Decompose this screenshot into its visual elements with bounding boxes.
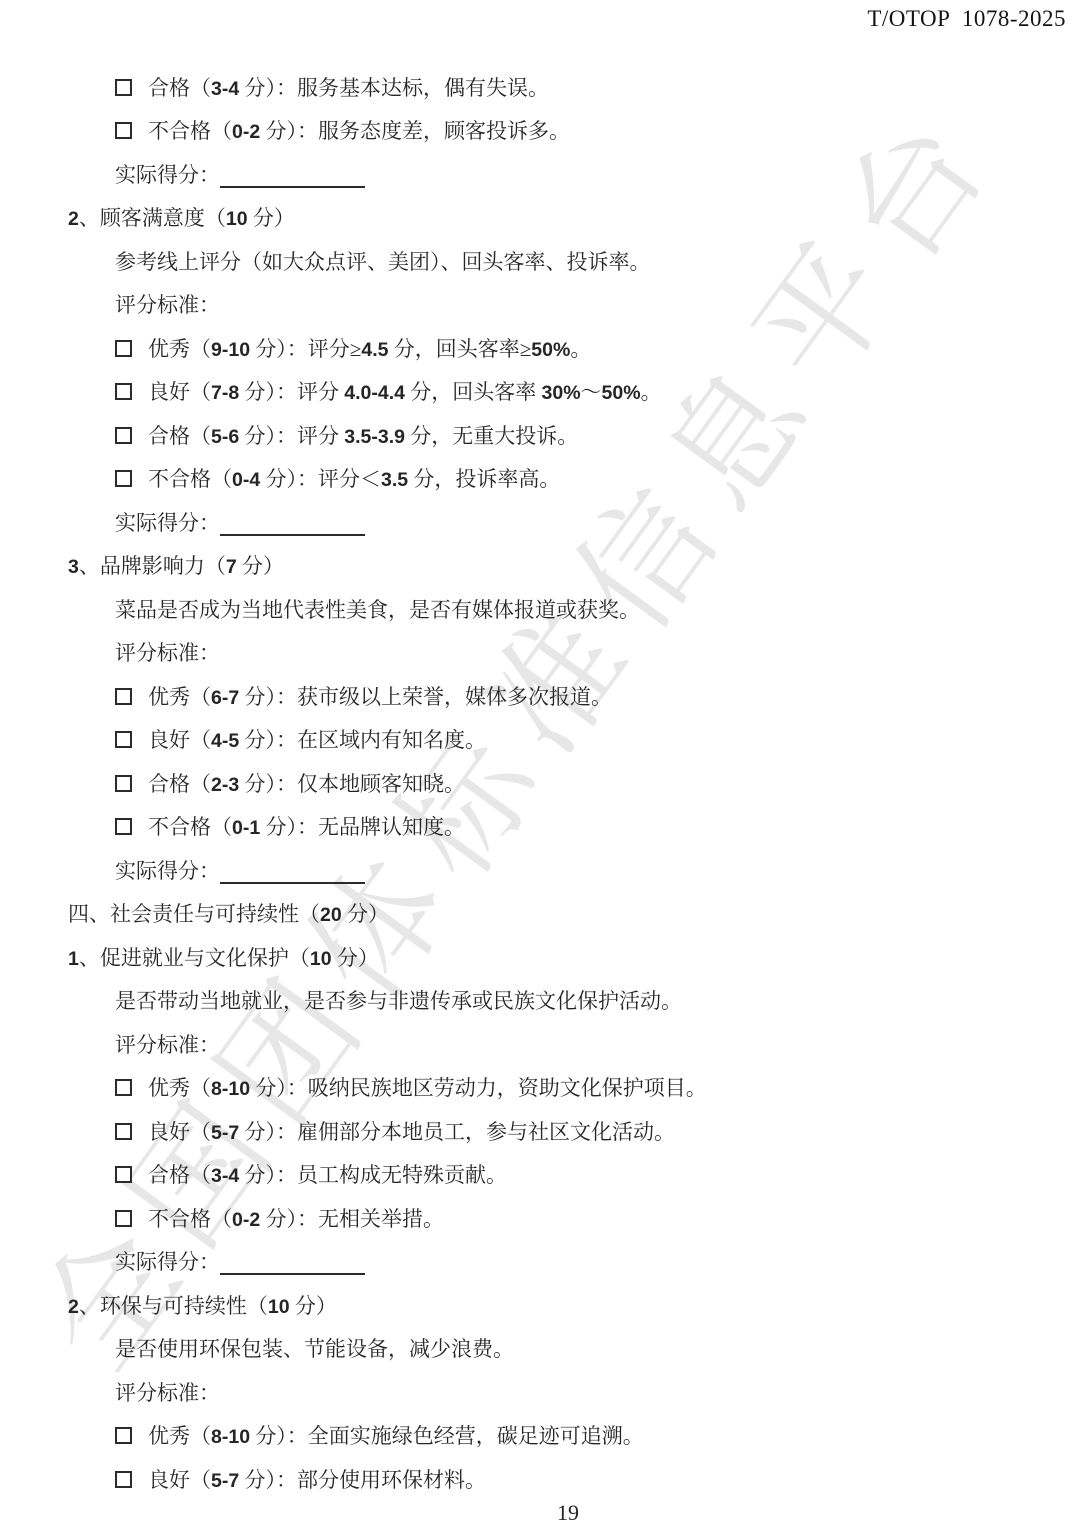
checkbox[interactable]	[115, 688, 132, 705]
rating-option-label: 优秀（6-7 分）：获市级以上荣誉，媒体多次报道。	[148, 681, 612, 711]
score-blank-line	[220, 508, 365, 536]
section-heading-text: 2、环保与可持续性（10 分）	[68, 1290, 337, 1320]
rating-option-label: 不合格（0-2 分）：无相关举措。	[148, 1203, 444, 1233]
section-heading-text: 3、品牌影响力（7 分）	[68, 550, 284, 580]
actual-score-label: 实际得分：	[115, 855, 220, 885]
checkbox[interactable]	[115, 818, 132, 835]
section-heading: 2、环保与可持续性（10 分）	[0, 1283, 1080, 1327]
criteria-description-text: 菜品是否成为当地代表性美食，是否有媒体报道或获奖。	[115, 594, 640, 624]
scoring-standard-text: 评分标准：	[115, 1377, 220, 1407]
rating-option-label: 优秀（8-10 分）：全面实施绿色经营，碳足迹可追溯。	[148, 1420, 644, 1450]
actual-score-line: 实际得分：	[0, 152, 1080, 196]
rating-option-label: 合格（3-4 分）：员工构成无特殊贡献。	[148, 1159, 507, 1189]
section-heading: 1、促进就业与文化保护（10 分）	[0, 935, 1080, 979]
rating-option: 不合格（0-2 分）：无相关举措。	[0, 1196, 1080, 1240]
checkbox[interactable]	[115, 1166, 132, 1183]
criteria-description: 是否带动当地就业，是否参与非遗传承或民族文化保护活动。	[0, 979, 1080, 1023]
checkbox[interactable]	[115, 1210, 132, 1227]
rating-option-label: 合格（2-3 分）：仅本地顾客知晓。	[148, 768, 465, 798]
chapter-heading-text: 四、社会责任与可持续性（20 分）	[68, 898, 389, 928]
rating-option: 不合格（0-1 分）：无品牌认知度。	[0, 805, 1080, 849]
checkbox[interactable]	[115, 427, 132, 444]
scoring-standard-label: 评分标准：	[0, 283, 1080, 327]
criteria-description: 菜品是否成为当地代表性美食，是否有媒体报道或获奖。	[0, 587, 1080, 631]
actual-score-label: 实际得分：	[115, 1246, 220, 1276]
rating-option-label: 良好（4-5 分）：在区域内有知名度。	[148, 724, 486, 754]
criteria-description-text: 是否使用环保包装、节能设备，减少浪费。	[115, 1333, 514, 1363]
criteria-description-text: 参考线上评分（如大众点评、美团）、回头客率、投诉率。	[115, 246, 651, 276]
checkbox[interactable]	[115, 470, 132, 487]
criteria-description-text: 是否带动当地就业，是否参与非遗传承或民族文化保护活动。	[115, 985, 682, 1015]
rating-option-label: 优秀（8-10 分）：吸纳民族地区劳动力，资助文化保护项目。	[148, 1072, 707, 1102]
section-heading-text: 2、顾客满意度（10 分）	[68, 202, 295, 232]
score-blank-line	[220, 1247, 365, 1275]
rating-option: 不合格（0-2 分）：服务态度差，顾客投诉多。	[0, 109, 1080, 153]
section-heading: 3、品牌影响力（7 分）	[0, 544, 1080, 588]
page-number: 19	[68, 1500, 1068, 1526]
actual-score-label: 实际得分：	[115, 507, 220, 537]
document-page: 全国团体标准信息平台 T/OTOP 1078-2025 合格（3-4 分）：服务…	[0, 0, 1080, 1530]
criteria-description: 参考线上评分（如大众点评、美团）、回头客率、投诉率。	[0, 239, 1080, 283]
rating-option: 良好（4-5 分）：在区域内有知名度。	[0, 718, 1080, 762]
actual-score-line: 实际得分：	[0, 848, 1080, 892]
rating-option-label: 不合格（0-1 分）：无品牌认知度。	[148, 811, 465, 841]
rating-option: 合格（3-4 分）：服务基本达标，偶有失误。	[0, 65, 1080, 109]
rating-option-label: 合格（3-4 分）：服务基本达标，偶有失误。	[148, 72, 549, 102]
rating-option: 优秀（8-10 分）：全面实施绿色经营，碳足迹可追溯。	[0, 1414, 1080, 1458]
criteria-description: 是否使用环保包装、节能设备，减少浪费。	[0, 1327, 1080, 1371]
rating-option: 不合格（0-4 分）：评分＜3.5 分，投诉率高。	[0, 457, 1080, 501]
checkbox[interactable]	[115, 383, 132, 400]
rating-option-label: 不合格（0-2 分）：服务态度差，顾客投诉多。	[148, 115, 570, 145]
checkbox[interactable]	[115, 1123, 132, 1140]
checkbox[interactable]	[115, 731, 132, 748]
scoring-standard-label: 评分标准：	[0, 631, 1080, 675]
rating-option: 合格（2-3 分）：仅本地顾客知晓。	[0, 761, 1080, 805]
checkbox[interactable]	[115, 775, 132, 792]
rating-option: 优秀（9-10 分）：评分≥4.5 分，回头客率≥50%。	[0, 326, 1080, 370]
checkbox[interactable]	[115, 1427, 132, 1444]
rating-option-label: 良好（5-7 分）：部分使用环保材料。	[148, 1464, 486, 1494]
checkbox[interactable]	[115, 1079, 132, 1096]
section-heading: 2、顾客满意度（10 分）	[0, 196, 1080, 240]
rating-option: 良好（7-8 分）：评分 4.0-4.4 分，回头客率 30%～50%。	[0, 370, 1080, 414]
rating-option: 良好（5-7 分）：雇佣部分本地员工，参与社区文化活动。	[0, 1109, 1080, 1153]
scoring-standard-text: 评分标准：	[115, 289, 220, 319]
checkbox[interactable]	[115, 122, 132, 139]
actual-score-line: 实际得分：	[0, 500, 1080, 544]
section-heading-text: 1、促进就业与文化保护（10 分）	[68, 942, 379, 972]
rating-option: 合格（5-6 分）：评分 3.5-3.9 分，无重大投诉。	[0, 413, 1080, 457]
checkbox[interactable]	[115, 340, 132, 357]
page-content: 合格（3-4 分）：服务基本达标，偶有失误。 不合格（0-2 分）：服务态度差，…	[0, 65, 1080, 1501]
score-blank-line	[220, 160, 365, 188]
rating-option-label: 不合格（0-4 分）：评分＜3.5 分，投诉率高。	[148, 463, 560, 493]
rating-option-label: 优秀（9-10 分）：评分≥4.5 分，回头客率≥50%。	[148, 333, 591, 363]
scoring-standard-text: 评分标准：	[115, 637, 220, 667]
rating-option: 合格（3-4 分）：员工构成无特殊贡献。	[0, 1153, 1080, 1197]
actual-score-label: 实际得分：	[115, 159, 220, 189]
scoring-standard-label: 评分标准：	[0, 1022, 1080, 1066]
rating-option: 优秀（8-10 分）：吸纳民族地区劳动力，资助文化保护项目。	[0, 1066, 1080, 1110]
scoring-standard-text: 评分标准：	[115, 1029, 220, 1059]
chapter-heading: 四、社会责任与可持续性（20 分）	[0, 892, 1080, 936]
rating-option-label: 良好（5-7 分）：雇佣部分本地员工，参与社区文化活动。	[148, 1116, 675, 1146]
rating-option: 优秀（6-7 分）：获市级以上荣誉，媒体多次报道。	[0, 674, 1080, 718]
rating-option-label: 合格（5-6 分）：评分 3.5-3.9 分，无重大投诉。	[148, 420, 578, 450]
checkbox[interactable]	[115, 1471, 132, 1488]
rating-option-label: 良好（7-8 分）：评分 4.0-4.4 分，回头客率 30%～50%。	[148, 376, 662, 406]
scoring-standard-label: 评分标准：	[0, 1370, 1080, 1414]
score-blank-line	[220, 856, 365, 884]
checkbox[interactable]	[115, 79, 132, 96]
rating-option: 良好（5-7 分）：部分使用环保材料。	[0, 1457, 1080, 1501]
actual-score-line: 实际得分：	[0, 1240, 1080, 1284]
standard-code-header: T/OTOP 1078-2025	[867, 6, 1066, 32]
